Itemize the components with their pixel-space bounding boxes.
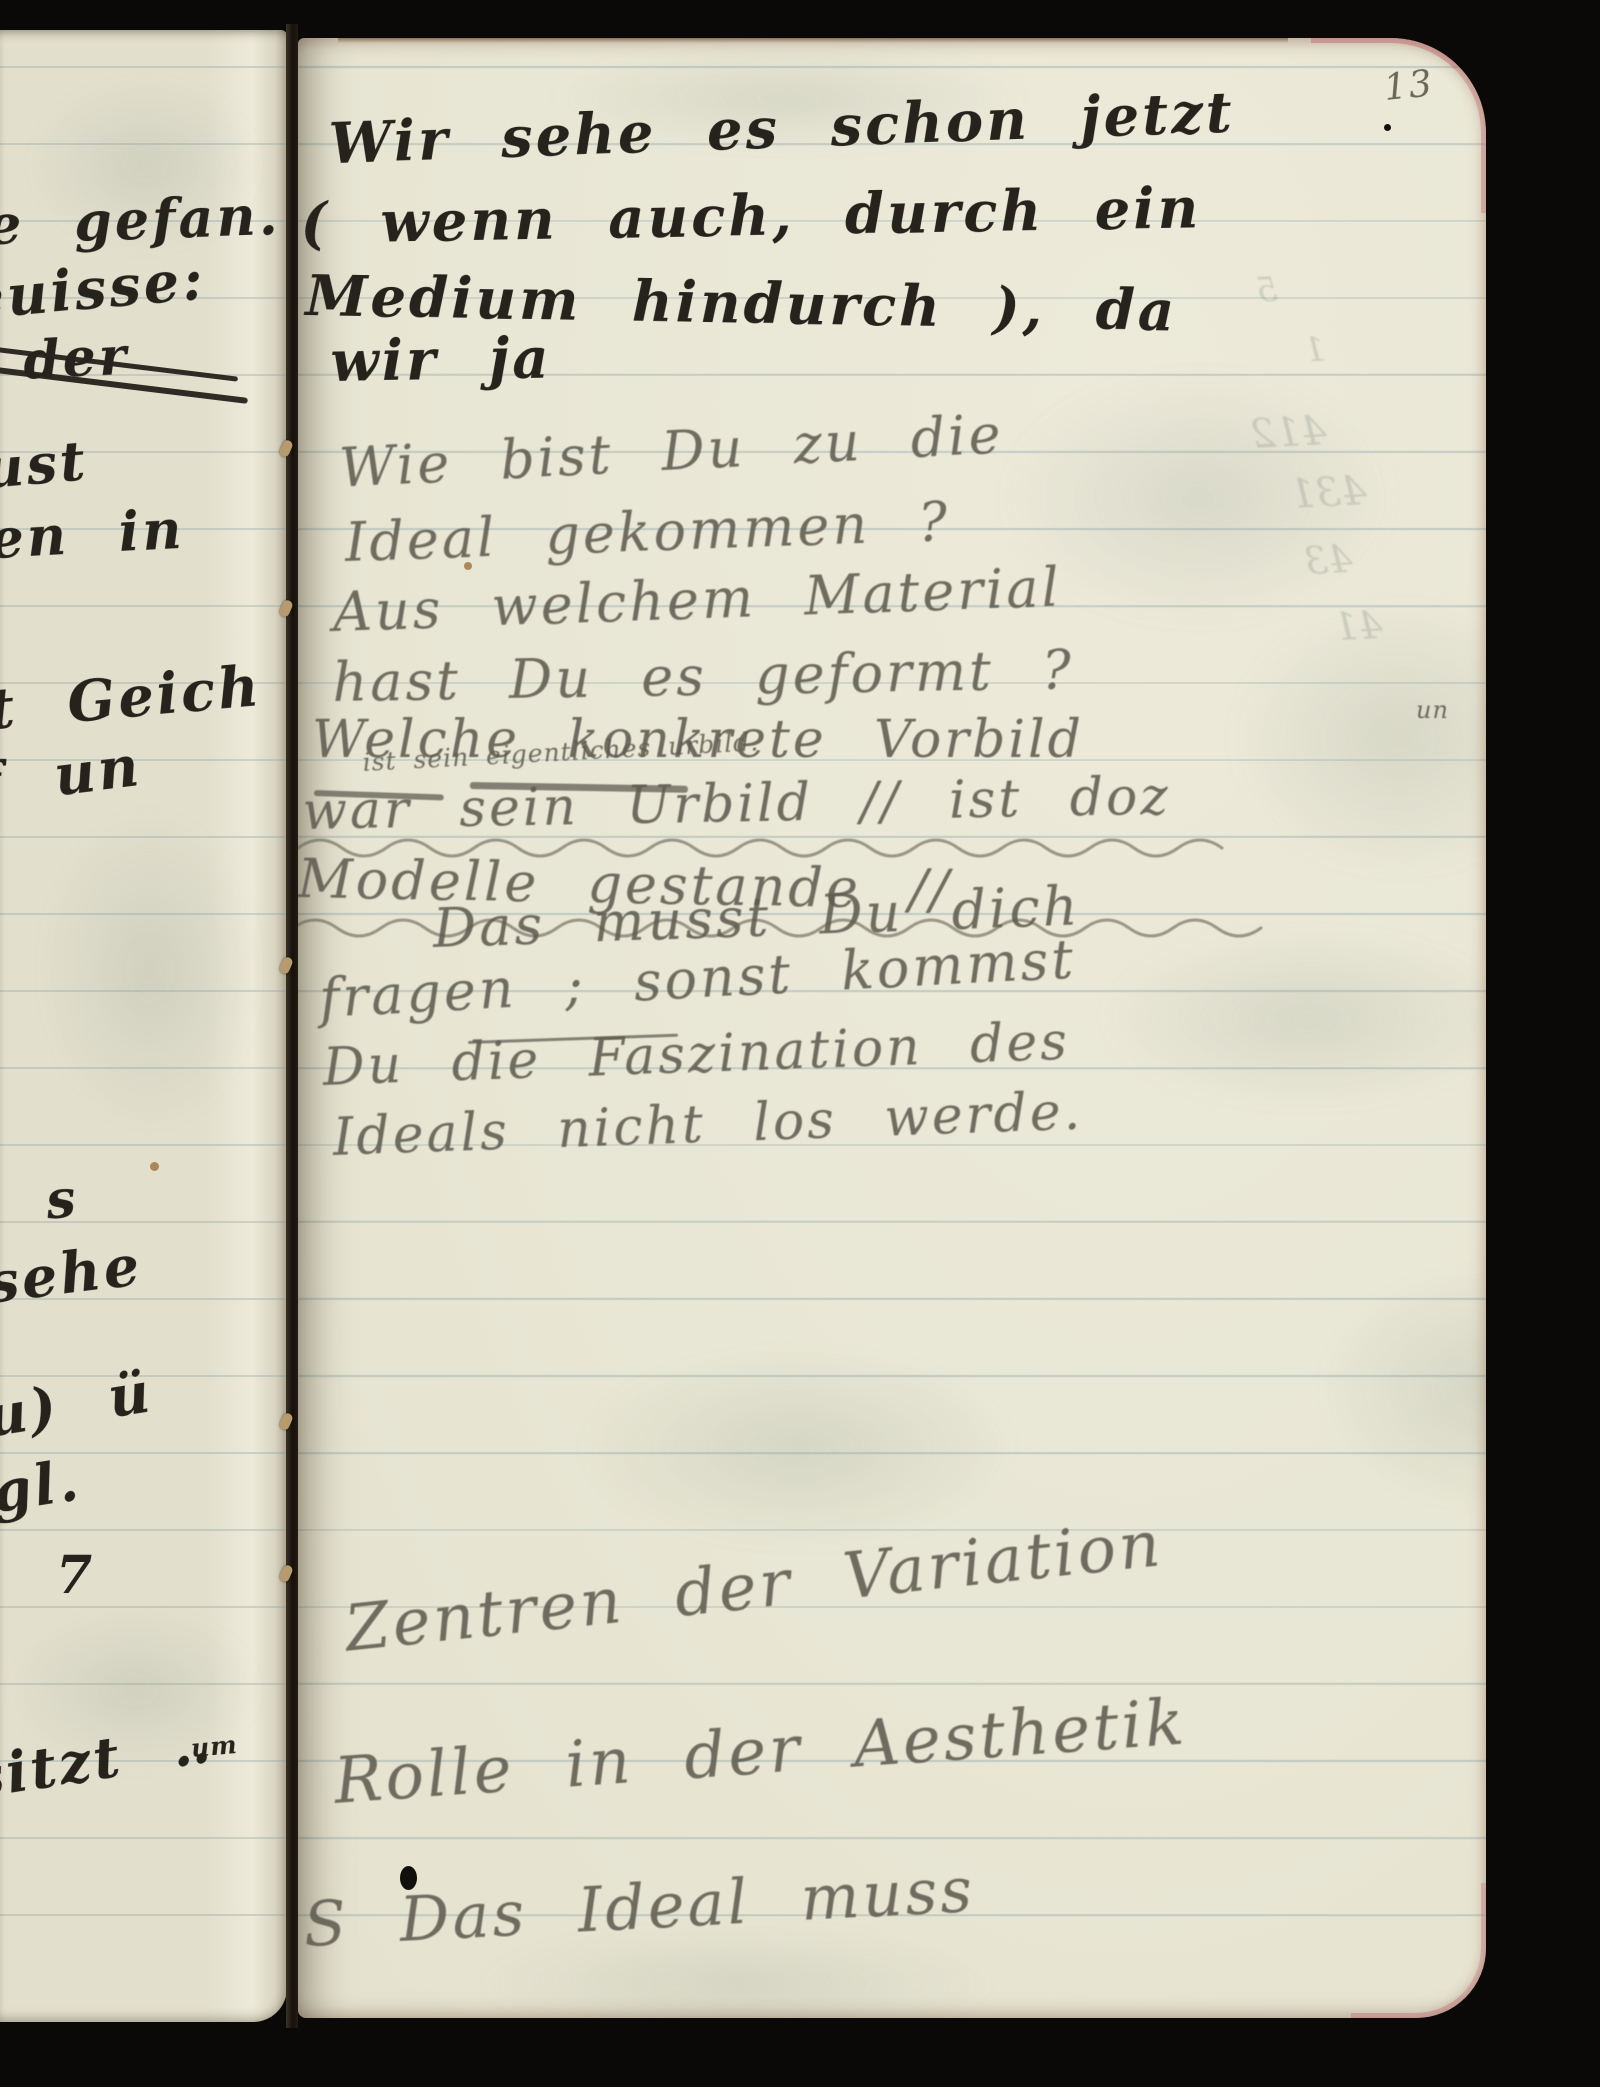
notebook-scan: e gefan.euisse:derusten int Geichf unsse… bbox=[0, 0, 1600, 2087]
ghost-bleedthrough-number: 431 bbox=[1289, 468, 1368, 518]
handwriting-line: Du die Faszination des bbox=[322, 1016, 1071, 1094]
ghost-bleedthrough-number: 43 bbox=[1303, 537, 1354, 583]
handwriting-line: Wir sehe es schon jetzt bbox=[328, 84, 1236, 172]
handwriting-line: sehe bbox=[0, 1237, 145, 1312]
binding-gutter bbox=[286, 24, 298, 2028]
handwriting-line: fragen ; sonst kommst bbox=[318, 932, 1077, 1026]
handwriting-line: u) ü bbox=[0, 1364, 156, 1446]
handwriting-line: Ideals nicht los werde. bbox=[332, 1086, 1084, 1164]
handwriting-line: sitzt ‥ bbox=[0, 1714, 216, 1807]
handwriting-line: hast Du es geformt ? bbox=[332, 643, 1074, 710]
handwriting-line: un bbox=[1416, 698, 1449, 722]
handwriting-line: e gefan. bbox=[0, 188, 281, 252]
handwriting-line: Zentren der Variation bbox=[342, 1512, 1166, 1662]
handwriting-line: Rolle in der Aesthetik bbox=[332, 1690, 1189, 1813]
handwriting-line: Aus welchem Material bbox=[332, 561, 1063, 640]
handwriting-line: um bbox=[190, 1732, 239, 1761]
ghost-bleedthrough-number: 5 bbox=[1255, 269, 1279, 310]
handwriting-line: war sein Urbild // ist doz bbox=[302, 771, 1171, 838]
ghost-bleedthrough-number: 41 bbox=[1333, 603, 1384, 649]
handwriting-line: ( wenn auch, durch ein bbox=[300, 180, 1202, 252]
right-page: 13 514124314341Wir sehe es schon jetzt( … bbox=[298, 38, 1486, 2018]
handwriting-line: wir ja bbox=[330, 330, 552, 390]
handwriting-line: Ideal gekommen ? bbox=[344, 495, 951, 570]
handwriting-line: s bbox=[44, 1173, 81, 1228]
right-page-handwriting: 13 514124314341Wir sehe es schon jetzt( … bbox=[298, 38, 1486, 2018]
handwriting-line: en in bbox=[0, 502, 186, 566]
page-number: 13 bbox=[1382, 64, 1436, 110]
left-page-handwriting: e gefan.euisse:derusten int Geichf unsse… bbox=[0, 30, 287, 2022]
left-page-edge: e gefan.euisse:derusten int Geichf unsse… bbox=[0, 30, 287, 2022]
handwriting-line: gl. bbox=[0, 1452, 85, 1521]
speck bbox=[1384, 124, 1391, 131]
ghost-bleedthrough-number: 412 bbox=[1249, 408, 1328, 458]
handwriting-line: der bbox=[22, 330, 130, 387]
handwriting-line: 7 bbox=[56, 1550, 95, 1602]
handwriting-line: euisse: bbox=[0, 251, 208, 328]
ghost-bleedthrough-number: 1 bbox=[1303, 329, 1327, 370]
handwriting-line: ust bbox=[0, 433, 90, 496]
handwriting-line: Wie bist Du zu die bbox=[338, 407, 1005, 496]
paper-spot bbox=[150, 1162, 159, 1171]
handwriting-line: t Geich bbox=[0, 658, 264, 738]
handwriting-line: f un bbox=[0, 738, 145, 814]
